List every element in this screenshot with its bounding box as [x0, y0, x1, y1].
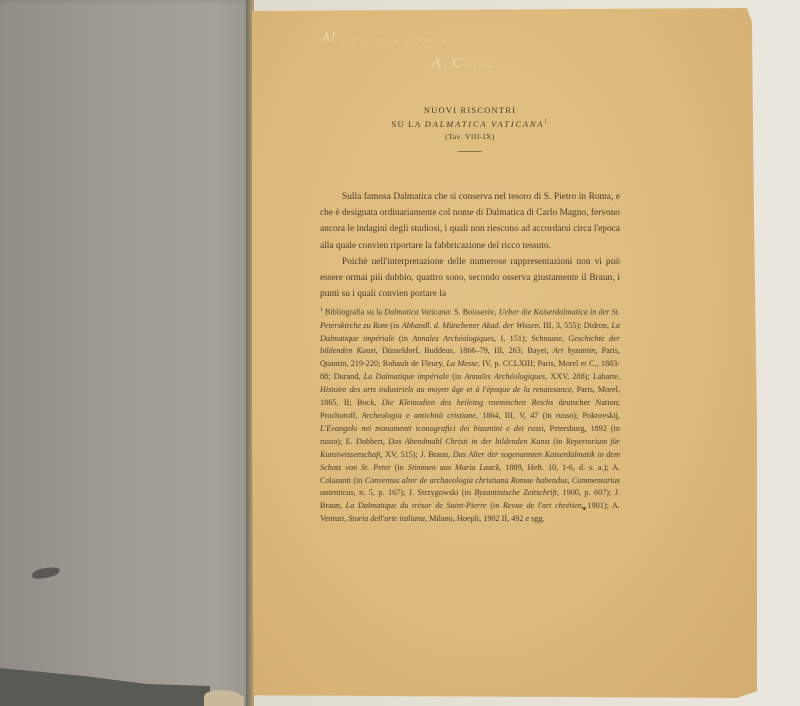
footnote-title-italic: La Dalmatique du trésor de Saint-Pierre [346, 501, 487, 510]
footnote-title-italic: Annales Archéologiques [412, 334, 494, 343]
title-page: Al ... ........ ......... A. C...... NUO… [252, 8, 757, 698]
footnote-title-italic: Annales Archéologiques [464, 372, 545, 381]
footnote-title-italic: Art byzantin [553, 346, 595, 355]
footnote-title-italic: La Messe [446, 359, 477, 368]
footnote-bibliography: 1 Bibliografia su la Dalmatica Vaticana:… [320, 304, 620, 526]
footnote-text-segment: , XV, 515); J. Braun, [381, 450, 453, 459]
title-block: NUOVI RISCONTRI SU LA DALMATICA VATICANA… [320, 105, 620, 152]
footnote-text-segment: : S. Boisserée, [450, 308, 499, 317]
title-line-2: SU LA DALMATICA VATICANA1 [320, 119, 620, 129]
footnote-text-segment: , n. 5, p. 167); J. Strzygowski (in [354, 488, 475, 497]
footnote-title-italic: La Dalmatique impériale [364, 372, 449, 381]
title-line-1: NUOVI RISCONTRI [320, 105, 620, 115]
footnote-title-italic: Das Abendmahl Christi in der bildenden K… [388, 437, 550, 446]
footnote-text-segment: (in [487, 501, 503, 510]
dedication-line-1: Al ... ........ ......... [322, 30, 447, 44]
pamphlet-cover [0, 0, 250, 706]
footnote-title-italic: Archeologia e antichità cristiane [362, 411, 476, 420]
footnote-title-italic: Storia dell'arte italiana [348, 514, 425, 523]
paragraph-1: Sulla famosa Dalmatica che si conserva n… [320, 189, 620, 254]
footnote-text-segment: Bibliografia su la [325, 308, 384, 317]
footnote-text-segment: (in [550, 437, 566, 446]
title-italic: DALMATICA VATICANA [425, 119, 545, 129]
footnote-title-italic: Die Kleinodien des heileing roemischen R… [382, 398, 553, 407]
footnote-title-italic: Stimmen aus Maria Laack [408, 463, 500, 472]
title-prefix: SU LA [392, 119, 422, 129]
body-text: Sulla famosa Dalmatica che si conserva n… [320, 189, 620, 302]
paper-speck [583, 507, 586, 510]
footnote-title-italic: L'Evangelo nei monumenti iconografici de… [320, 424, 544, 433]
dedication-signature: A. C...... [432, 56, 494, 71]
footnote-title-italic: Byzantinische Zeitschrift [474, 488, 557, 497]
footnote-title-italic: Abhandl. d. Münchener Akad. der Wissen. [402, 321, 541, 330]
footnote-text-segment: (in [449, 372, 465, 381]
footnote-text-segment: , Düsseldorf, Buddeus, 1866–79, III, 263… [376, 346, 553, 355]
footnote-text-segment: (in [394, 334, 412, 343]
footnote-text-segment: , I, 151); Schnaase, [494, 334, 568, 343]
footnote-text-segment: , 1864, III, V, 47 (in russo); Pokrovski… [476, 411, 620, 420]
footnote-text: Bibliografia su la Dalmatica Vaticana: S… [320, 308, 620, 524]
title-divider [458, 151, 482, 152]
footnote-text-segment: (in [391, 463, 408, 472]
footnote-title-italic: Histoire des arts industriels au moyen â… [320, 385, 572, 394]
cover-torn-corner [204, 690, 244, 706]
footnote-reference: 1 [544, 119, 548, 125]
footnote-text-segment: , Milano, Hoepli, 1902 II, 492 e sgg. [425, 514, 545, 523]
footnote-text-segment: , XXV, 288); Labarte, [545, 372, 620, 381]
footnote-text-segment: (in [388, 321, 402, 330]
footnote-text-segment: III, 3, 555); Didron, [541, 321, 611, 330]
paragraph-2: Poichè nell'interpretazione delle numero… [320, 254, 620, 303]
footnote-title-italic: Dalmatica Vaticana [384, 308, 449, 317]
cover-stain [32, 567, 61, 580]
footnote-mark: 1 [320, 307, 323, 313]
plates-reference: (Tav. VIII-IX) [320, 132, 620, 141]
handwritten-dedication: Al ... ........ ......... A. C...... [322, 28, 662, 78]
footnote-title-italic: Revue de l'art chrétien [503, 501, 582, 510]
